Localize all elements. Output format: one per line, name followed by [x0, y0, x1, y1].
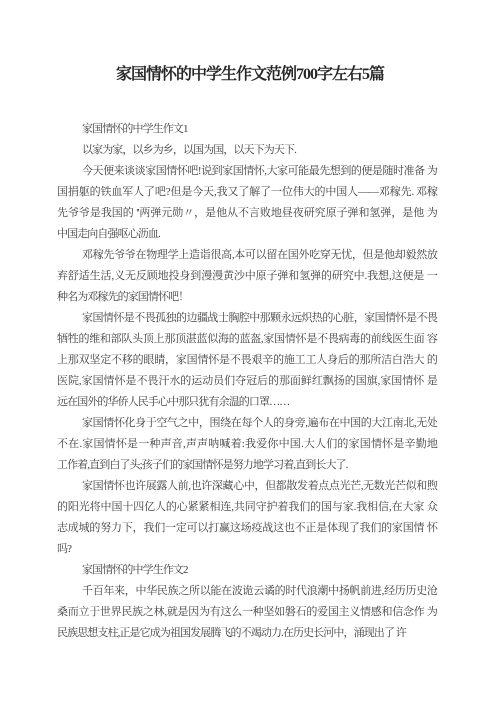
text-line: 今天便来谈谈家国情怀吧!说到家国情怀,大家可能最先想到的便是随时准备 为: [57, 161, 437, 182]
text-line: 中国走向自强呕心沥血.: [57, 224, 437, 245]
section: 家国情怀的中学生作文2千百年来，中华民族之所以能在波诡云谲的时代浪潮中扬帆前进,…: [57, 560, 437, 644]
text-line: 弃舒适生活,义无反顾地投身到漫漫黄沙中原子弹和氢弹的研究中.我想,这便是 一: [57, 266, 437, 287]
text-line: 医院,家国情怀是不畏汗水的运动员们夺冠后的那面鲜红飘扬的国旗,家国情怀 是: [57, 371, 437, 392]
section-heading: 家国情怀的中学生作文2: [57, 560, 437, 581]
text-line: 桑而立于世界民族之林,就是因为有这么一种坚如磐石的爱国主义情感和信念作 为: [57, 602, 437, 623]
text-line: 邓稼先爷爷在物理学上造诣很高,本可以留在国外吃穿无忧，但是他却毅然放: [57, 245, 437, 266]
text-line: 民族思想支柱,正是它成为祖国发展腾飞的不竭动力.在历史长河中，涌现出了 许: [57, 623, 437, 644]
text-line: 国捐躯的铁血军人了吧?但是今天,我又了解了一位伟大的中国人——邓稼先. 邓稼: [57, 182, 437, 203]
text-line: 吗?: [57, 539, 437, 560]
section-heading: 家国情怀的中学生作文1: [57, 119, 437, 140]
text-line: 家国情怀是不畏孤独的边疆战士胸腔中那颗永远炽热的心脏，家国情怀是不畏: [57, 308, 437, 329]
text-line: 千百年来，中华民族之所以能在波诡云谲的时代浪潮中扬帆前进,经历历史沧: [57, 581, 437, 602]
text-line: 工作着,直到白了头;孩子们的家国情怀是努力地学习着,直到长大了.: [57, 455, 437, 476]
document-page: 家国情怀的中学生作文范例700字左右5篇 家国情怀的中学生作文1以家为家，以乡为…: [0, 0, 500, 707]
page-title: 家国情怀的中学生作文范例700字左右5篇: [0, 0, 500, 88]
text-line: 种名为邓稼先的家国情怀吧！: [57, 287, 437, 308]
section: 家国情怀的中学生作文1以家为家，以乡为乡，以国为国，以天下为天下.今天便来谈谈家…: [57, 119, 437, 560]
text-line: 不在.家国情怀是一种声音,声声呐喊着:我爱你中国.大人们的家国情怀是辛勤地: [57, 434, 437, 455]
text-line: 以家为家，以乡为乡，以国为国，以天下为天下.: [57, 140, 437, 161]
text-line: 远在国外的华侨人民手心中那只犹有余温的口罩……: [57, 392, 437, 413]
text-line: 上那双坚定不移的眼睛，家国情怀是不畏艰辛的施工工人身后的那所洁白浩大 的: [57, 350, 437, 371]
text-line: 牺牲的维和部队头顶上那顶湛蓝似海的蓝盔,家国情怀是不畏病毒的前线医生面 容: [57, 329, 437, 350]
document-body: 家国情怀的中学生作文1以家为家，以乡为乡，以国为国，以天下为天下.今天便来谈谈家…: [57, 119, 437, 644]
text-line: 家国情怀化身于空气之中，围绕在每个人的身旁,遍布在中国的大江南北,无处: [57, 413, 437, 434]
text-line: 的阳光将中国十四亿人的心紧紧相连,共同守护着我们的国与家.我相信,在大家 众: [57, 497, 437, 518]
text-line: 志成城的努力下，我们一定可以打赢这场疫战这也不正是体现了我们的家国情 怀: [57, 518, 437, 539]
text-line: 先爷爷是我国的 ''两弹元勋〃，是他从不言败地昼夜研究原子弹和氢弹，是他 为: [57, 203, 437, 224]
text-line: 家国情怀也许展露人前,也许深藏心中，但都散发着点点光芒,无数光芒似和煦: [57, 476, 437, 497]
